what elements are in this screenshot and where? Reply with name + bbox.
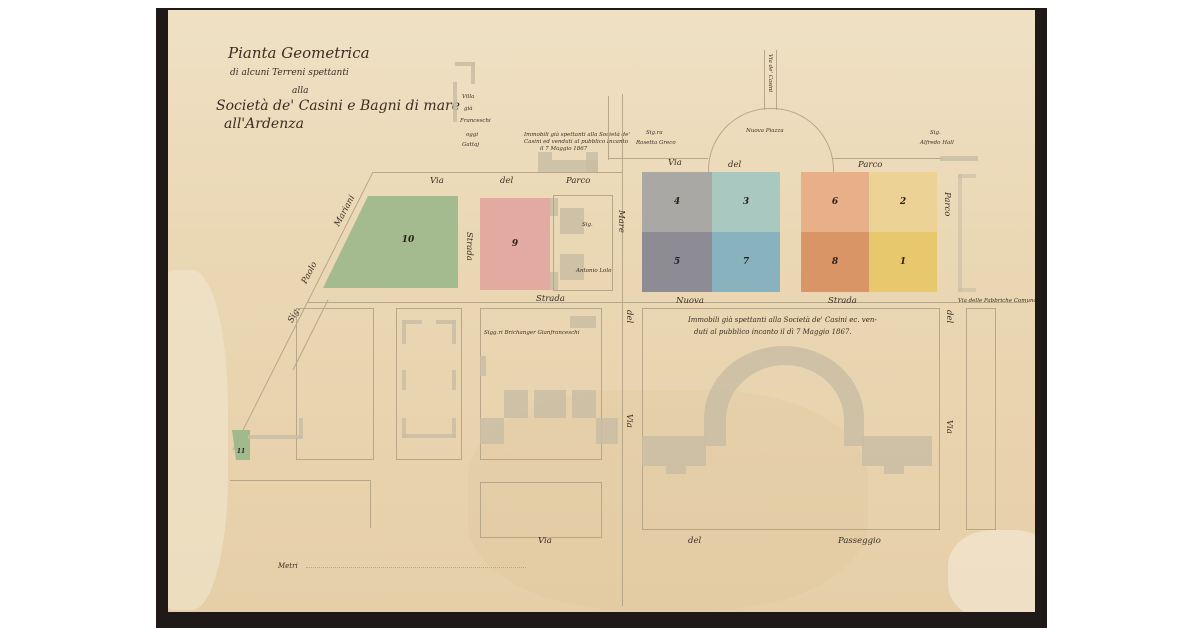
arch-building <box>168 10 1035 612</box>
parcel-boundary <box>966 308 996 530</box>
scale-label: Metri <box>278 562 298 570</box>
map-sheet: Pianta Geometrica di alcuni Terreni spet… <box>168 10 1035 612</box>
street-del-bottom: del <box>688 536 701 546</box>
street-via-bottom: Via <box>538 536 552 546</box>
street-passeggio: Passeggio <box>838 536 881 546</box>
street-del-right: del <box>944 310 954 323</box>
scale-bar <box>306 567 526 568</box>
street-via-right: Via <box>944 420 954 434</box>
